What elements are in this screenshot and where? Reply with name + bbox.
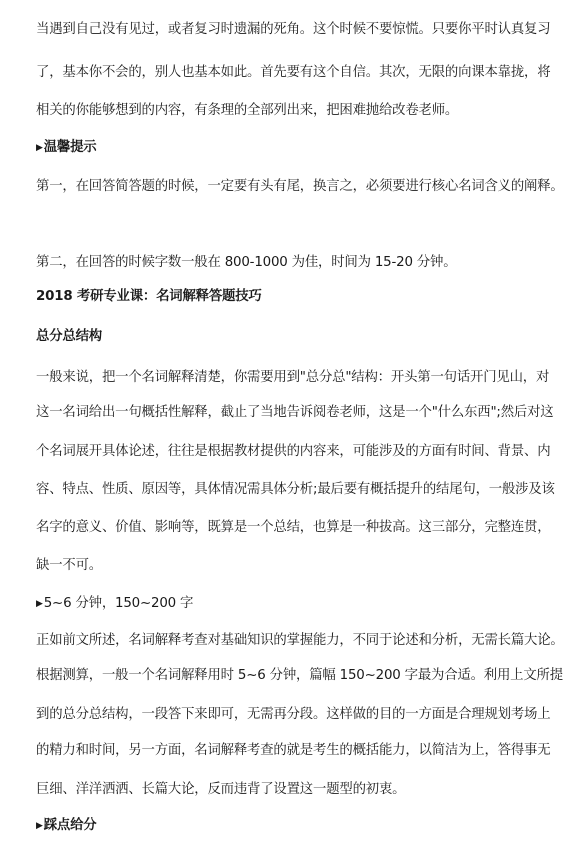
points-heading: ▶踩点给分 xyxy=(36,817,97,835)
section-title: 2018 考研专业课：名词解释答题技巧 xyxy=(36,288,262,306)
tip-line-2: 第二，在回答的时候字数一般在 800-1000 为佳，时间为 15-20 分钟。 xyxy=(36,254,456,272)
paragraph-line: 正如前文所述，名词解释考查对基础知识的掌握能力，不同于论述和分析，无需长篇大论。 xyxy=(36,632,564,650)
paragraph-line: 名字的意义、价值、影响等，既算是一个总结，也算是一种拔高。这三部分，完整连贯， xyxy=(36,519,550,537)
tip-heading: ▶温馨提示 xyxy=(36,139,97,157)
paragraph-line: 根据测算，一般一个名词解释用时 5~6 分钟，篇幅 150~200 字最为合适。… xyxy=(36,667,563,685)
paragraph-line: 一般来说，把一个名词解释清楚，你需要用到"总分总"结构：开头第一句话开门见山，对 xyxy=(36,369,549,387)
paragraph-line: 容、特点、性质、原因等，具体情况需具体分析;最后要有概括提升的结尾句，一般涉及该 xyxy=(36,481,555,499)
bullet-triangle-icon: ▶ xyxy=(36,143,43,153)
paragraph-line: 当遇到自己没有见过，或者复习时遗漏的死角。这个时候不要惊慌。只要你平时认真复习 xyxy=(36,21,550,39)
bullet-triangle-icon: ▶ xyxy=(36,599,43,609)
paragraph-line: 相关的你能够想到的内容，有条理的全部列出来，把困难抛给改卷老师。 xyxy=(36,102,458,120)
paragraph-line: 的精力和时间，另一方面，名词解释考查的就是考生的概括能力，以简洁为上，答得事无 xyxy=(36,742,550,760)
bullet-triangle-icon: ▶ xyxy=(36,821,43,831)
structure-heading: 总分总结构 xyxy=(36,328,102,346)
paragraph-line: 这一名词给出一句概括性解释，截止了当地告诉阅卷老师，这是一个"什么东西";然后对… xyxy=(36,404,553,422)
paragraph-line: 个名词展开具体论述，往往是根据教材提供的内容来，可能涉及的方面有时间、背景、内 xyxy=(36,443,550,461)
paragraph-line: 了，基本你不会的，别人也基本如此。首先要有这个自信。其次，无限的向课本靠拢，将 xyxy=(36,64,550,82)
paragraph-line: 缺一不可。 xyxy=(36,557,102,575)
paragraph-line: 到的总分总结构，一段答下来即可，无需再分段。这样做的目的一方面是合理规划考场上 xyxy=(36,706,550,724)
tip-line-1: 第一，在回答简答题的时候，一定要有头有尾，换言之，必须要进行核心名词含义的阐释。 xyxy=(36,178,564,196)
paragraph-line: 巨细、洋洋洒洒、长篇大论，反而违背了设置这一题型的初衷。 xyxy=(36,781,405,799)
time-heading: ▶5~6 分钟，150~200 字 xyxy=(36,595,193,613)
